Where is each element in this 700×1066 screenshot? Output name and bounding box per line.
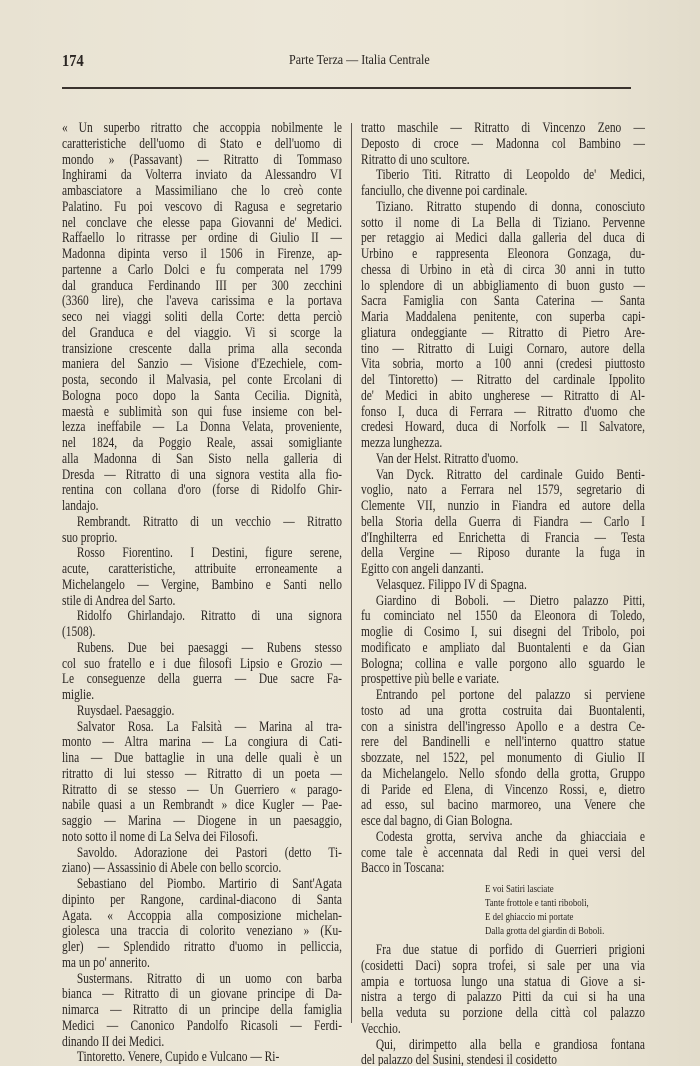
text-line: miglie. [62,688,342,704]
text-line: Egitto con angeli danzanti. [361,562,645,578]
text-line: Tante frottole e tanti riboboli, [485,896,645,910]
text-line: bella Storia della Guerra di Fiandra — C… [361,515,645,531]
text-line: suo proprio. [62,531,342,547]
text-line: stile di Andrea del Sarto. [62,594,342,610]
text-line: Ritratto di uno scultore. [361,153,645,169]
text-line: Tiziano. Ritratto stupendo di donna, con… [361,200,645,216]
text-line: Michelangelo — Vergine, Bambino e Santi … [62,578,342,594]
text-line: tosto ad una grotta costruita dai Buonta… [361,704,645,720]
text-line: posta, secondo il Malvasia, pel conte Er… [62,373,342,389]
text-line: lo splendore di un abbigliamento di buon… [361,279,645,295]
text-line: mezza lunghezza. [361,436,645,452]
text-line: di Paride ed Elena, di Vincenzo Rossi, e… [361,783,645,799]
text-line: E del ghiaccio mi portate [485,910,645,924]
text-line: ambasciatore a Massimiliano che lo creò … [62,184,342,200]
text-line: maniera del Sanzio — Visione d'Ezechiele… [62,357,342,373]
text-line: Le conseguenze della guerra — Due sacre … [62,672,342,688]
text-line: (cosidetti Daci) sopra trofei, si sale p… [361,959,645,975]
text-line: Bologna; collina e valle porgono allo sg… [361,657,645,673]
text-line: Rosso Fiorentino. I Destini, figure sere… [62,546,342,562]
text-line: Dresda — Ritratto di una signora vestita… [62,468,342,484]
text-line: Rubens. Due bei paesaggi — Rubens stesso [62,641,342,657]
text-line: nel conclave che elesse papa Giovanni de… [62,216,342,232]
text-line: « Un superbo ritratto che accoppia nobil… [62,121,342,137]
text-line: lina — Due battaglie in una delle quali … [62,751,342,767]
text-line: Ruysdael. Paesaggio. [62,704,342,720]
right-column-text: tratto maschile — Ritratto di Vincenzo Z… [361,121,645,1066]
text-line: Bologna poco dopo la Santa Cecilia. Dign… [62,389,342,405]
text-line: noto sotto il nome di La Selva dei Filos… [62,830,342,846]
text-line: Clemente VII, nunzio in Fiandra ed autor… [361,499,645,515]
text-line: dal granduca Ferdinando III per 300 zecc… [62,279,342,295]
text-line: modificato e ampliato dal Buontalenti e … [361,641,645,657]
text-line: fonso I, duca di Ferrara — Ritratto d'uo… [361,405,645,421]
text-line: Medici — Canonico Pandolfo Ricasoli — Fe… [62,1019,342,1035]
text-line: d'Inghilterra ed Enrichetta di Francia —… [361,531,645,547]
column-divider [351,123,352,1023]
text-line: Bacco in Toscana: [361,861,645,877]
text-line: ma un po' annerito. [62,956,342,972]
header-rule [62,87,631,89]
text-line: Dalla grotta del giardin di Boboli. [485,924,645,938]
text-line: col suo fratello e i due filosofi Lipsio… [62,657,342,673]
text-line: Madonna dipinta verso il 1506 in Firenze… [62,247,342,263]
text-line: ampia e tortuosa lungo una statua di Gio… [361,975,645,991]
text-line: fanciullo, che divenne poi cardinale. [361,184,645,200]
text-line: nabile quasi a un Rembrandt » dice Kugle… [62,798,342,814]
text-line: bella veduta su porzione della città col… [361,1006,645,1022]
text-line: esce dal bagno, di Gian Bologna. [361,814,645,830]
right-column-prose-b: Fra due statue di porfido di Guerrieri p… [361,943,645,1066]
text-line: Codesta grotta, serviva anche da ghiacci… [361,830,645,846]
text-line: nimarca — Ritratto di un principe della … [62,1003,342,1019]
right-column: tratto maschile — Ritratto di Vincenzo Z… [361,121,645,1066]
text-line: del Tintoretto) — Ritratto del cardinale… [361,373,645,389]
text-line: maestà e sublimità son qui fuse insieme … [62,405,342,421]
text-line: rere del Bandinelli e nell'interno quatt… [361,735,645,751]
text-line: monto — Altra marina — La congiura di Ca… [62,735,342,751]
text-line: per retaggio ai Medici dalla galleria de… [361,231,645,247]
text-line: landajo. [62,499,342,515]
text-line: Salvator Rosa. La Falsità — Marina al tr… [62,720,342,736]
text-line: Rembrandt. Ritratto di un vecchio — Ritr… [62,515,342,531]
text-line: nistra a tergo di palazzo Pitti da cui s… [361,990,645,1006]
text-line: lezza ineffabile — La Donna Velata, prov… [62,420,342,436]
text-line: come tale è accennata dal Redi in quei v… [361,846,645,862]
text-line: gliatura ondeggiante — Ritratto di Pietr… [361,326,645,342]
text-line: Velasquez. Filippo IV di Spagna. [361,578,645,594]
left-column-text: « Un superbo ritratto che accoppia nobil… [62,121,342,1066]
text-line: Palatino. Fu poi vescovo di Ragusa e seg… [62,200,342,216]
text-line: Fra due statue di porfido di Guerrieri p… [361,943,645,959]
text-line: sbozzate, nel 1522, pel monumento di Giu… [361,751,645,767]
text-line: Maria Maddalena penitente, con superba c… [361,310,645,326]
left-column: « Un superbo ritratto che accoppia nobil… [62,121,342,1066]
text-line: Ridolfo Ghirlandajo. Ritratto di una sig… [62,609,342,625]
text-line: Savoldo. Adorazione dei Pastori (detto T… [62,846,342,862]
text-line: Sustermans. Ritratto di un uomo con barb… [62,972,342,988]
text-line: fu cominciato nel 1550 da Eleonora di To… [361,609,645,625]
text-line: caratteristiche dell'uomo di Stato e del… [62,137,342,153]
text-line: gler) — Splendido ritratto d'uomo in pel… [62,940,342,956]
text-line: chessa di Urbino in età di circa 30 anni… [361,263,645,279]
text-line: bianca — Ritratto di un giovane principe… [62,987,342,1003]
text-line: nel 1824, da Poggio Reale, assai somigli… [62,436,342,452]
text-line: dipinto per Rangone, cardinal-diacono di… [62,893,342,909]
text-line: Giardino di Boboli. — Dietro palazzo Pit… [361,594,645,610]
text-line: tino — Ritratto di Luigi Cornaro, autore… [361,342,645,358]
text-line: del Granduca e del viaggio. Vi si scorge… [62,326,342,342]
text-line: E voi Satiri lasciate [485,882,645,896]
text-line: (3360 lire), che l'aveva carissima e la … [62,294,342,310]
book-page: 174 Parte Terza — Italia Centrale « Un s… [0,0,700,1066]
text-line: ritratto di lui stesso — Ritratto di un … [62,767,342,783]
text-line: sotto il nome di La Bella di Tiziano. Pe… [361,216,645,232]
text-line: Van Dyck. Ritratto del cardinale Guido B… [361,468,645,484]
text-line: Urbino e rappresenta Eleonora Gonzaga, d… [361,247,645,263]
text-line: (1508). [62,625,342,641]
text-line: rentina con collana d'oro (forse di Rido… [62,483,342,499]
verse-quote: E voi Satiri lasciateTante frottole e ta… [361,882,645,938]
text-line: de' Medici in abito ungherese — Ritratto… [361,389,645,405]
text-line: Vecchio. [361,1022,645,1038]
text-line: Van der Helst. Ritratto d'uomo. [361,452,645,468]
text-line: transizione crescente dalla prima alla s… [62,342,342,358]
text-line: credesi Howard, duca di Norfolk — Il Sal… [361,420,645,436]
text-line: voglio, nato a Ferrara nel 1579, segreta… [361,483,645,499]
text-line: del palazzo del Susini, stendesi il cosi… [361,1053,645,1066]
text-line: alla Madonna di San Sisto nella galleria… [62,452,342,468]
text-line: Vita sobria, morto a 100 anni (credesi p… [361,357,645,373]
text-line: seco nei viaggi soliti della Corte: dett… [62,310,342,326]
text-line: Deposto di croce — Madonna col Bambino — [361,137,645,153]
text-line: con a sinistra dell'ingresso Apollo e a … [361,720,645,736]
text-line: saggio — Marina — Diogene in un paesaggi… [62,814,342,830]
text-line: Sebastiano del Piombo. Martirio di Sant'… [62,877,342,893]
text-line: della Vergine — Riposo durante la fuga i… [361,546,645,562]
text-line: prospettive più belle e variate. [361,672,645,688]
text-line: Tiberio Titi. Ritratto di Leopoldo de' M… [361,168,645,184]
text-line: Qui, dirimpetto alla bella e grandiosa f… [361,1038,645,1054]
text-line: moglie di Cosimo I, sui disegni del Trib… [361,625,645,641]
text-line: Inghirami da Volterra inviato da Alessan… [62,168,342,184]
text-line: partenne a Carlo Dolci e fu comperata ne… [62,263,342,279]
text-line: Tintoretto. Venere, Cupido e Vulcano — R… [62,1050,342,1066]
text-line: dinando II dei Medici. [62,1035,342,1051]
text-line: acute, caratteristiche, attribuite erron… [62,562,342,578]
running-title: Parte Terza — Italia Centrale [102,53,591,69]
text-line: da Michelangelo. Nello sfondo della grot… [361,767,645,783]
text-line: Entrando pel portone del palazzo si perv… [361,688,645,704]
text-line: Sacra Famiglia con Santa Caterina — Sant… [361,294,645,310]
right-column-prose-a: tratto maschile — Ritratto di Vincenzo Z… [361,121,645,877]
text-line: tratto maschile — Ritratto di Vincenzo Z… [361,121,645,137]
text-line: giolesca una traccia di colorito venezia… [62,924,342,940]
text-line: Raffaello lo ritrasse per ordine di Giul… [62,231,342,247]
page-number: 174 [62,51,84,71]
text-line: Agata. « Accoppia alla composizione mich… [62,909,342,925]
text-line: mondo » (Passavant) — Ritratto di Tommas… [62,153,342,169]
text-line: ziano) — Assassinio di Abele con bello s… [62,861,342,877]
page-header: 174 Parte Terza — Italia Centrale [62,51,631,73]
text-line: Ritratto di se stesso — Un Guerriero « p… [62,783,342,799]
text-line: ad esso, sul bacino marmoreo, una Venere… [361,798,645,814]
